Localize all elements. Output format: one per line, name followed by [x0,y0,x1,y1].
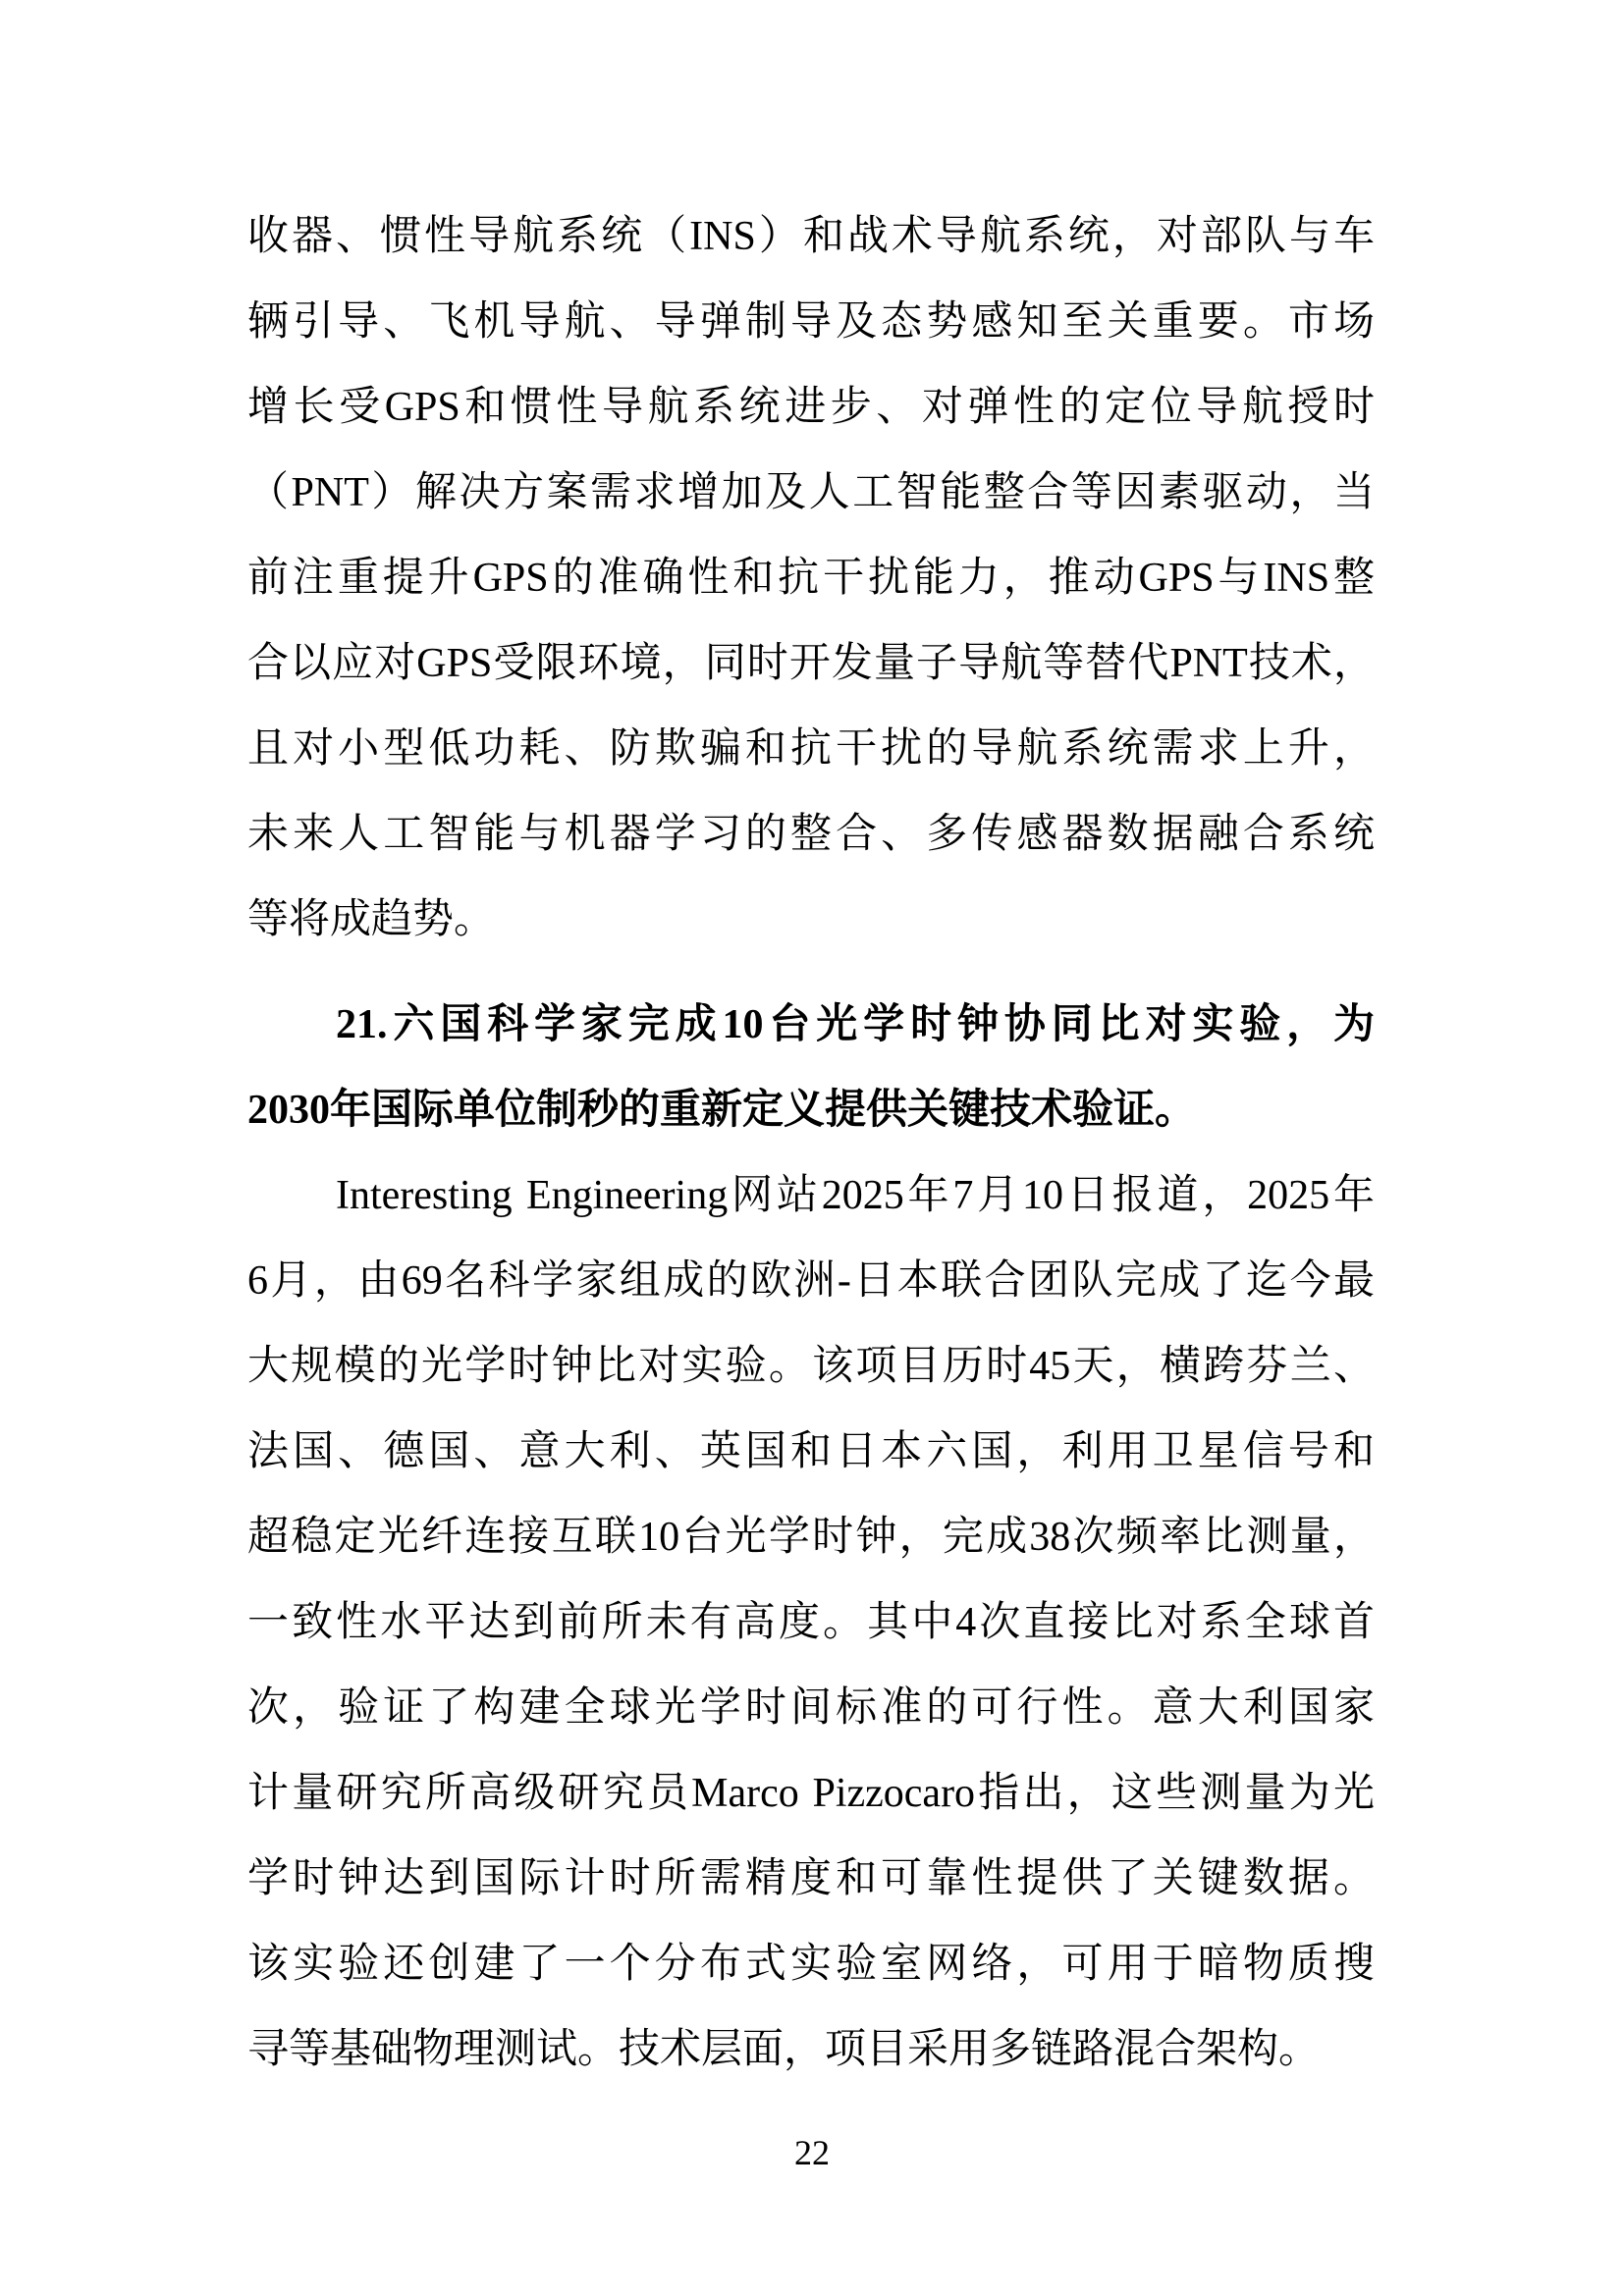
text-line: 6月，由69名科学家组成的欧洲-日本联合团队完成了迄今最 [247,1239,1375,1324]
text-line: 合以应对GPS受限环境，同时开发量子导航等替代PNT技术， [247,621,1375,707]
text-line: 寻等基础物理测试。技术层面，项目采用多链路混合架构。 [247,2007,1375,2093]
paragraph-optical-clocks: Interesting Engineering网站2025年7月10日报道，20… [247,1153,1375,2093]
text-line: 次，验证了构建全球光学时间标准的可行性。意大利国家 [247,1666,1375,1751]
paragraph-gps-navigation: 收器、惯性导航系统（INS）和战术导航系统，对部队与车 辆引导、飞机导航、导弹制… [247,194,1375,963]
section-heading-item-21: 21.六国科学家完成10台光学时钟协同比对实验，为 2030年国际单位制秒的重新… [247,983,1375,1153]
text-line: （PNT）解决方案需求增加及人工智能整合等因素驱动，当 [247,451,1375,536]
text-line: 超稳定光纤连接互联10台光学时钟，完成38次频率比测量， [247,1495,1375,1580]
text-line: Interesting Engineering网站2025年7月10日报道，20… [247,1153,1375,1239]
section-heading-line: 2030年国际单位制秒的重新定义提供关键技术验证。 [247,1068,1375,1153]
text-line: 未来人工智能与机器学习的整合、多传感器数据融合系统 [247,792,1375,878]
text-line: 学时钟达到国际计时所需精度和可靠性提供了关键数据。 [247,1837,1375,1922]
section-heading-line: 21.六国科学家完成10台光学时钟协同比对实验，为 [247,983,1375,1068]
text-line: 大规模的光学时钟比对实验。该项目历时45天，横跨芬兰、 [247,1324,1375,1410]
text-line: 一致性水平达到前所未有高度。其中4次直接比对系全球首 [247,1580,1375,1666]
text-line: 前注重提升GPS的准确性和抗干扰能力，推动GPS与INS整 [247,536,1375,621]
text-line: 等将成趋势。 [247,878,1375,963]
text-line: 该实验还创建了一个分布式实验室网络，可用于暗物质搜 [247,1922,1375,2007]
text-line: 且对小型低功耗、防欺骗和抗干扰的导航系统需求上升， [247,707,1375,792]
text-line: 收器、惯性导航系统（INS）和战术导航系统，对部队与车 [247,194,1375,280]
page-body-text: 收器、惯性导航系统（INS）和战术导航系统，对部队与车 辆引导、飞机导航、导弹制… [247,194,1375,2093]
document-page: 收器、惯性导航系统（INS）和战术导航系统，对部队与车 辆引导、飞机导航、导弹制… [0,0,1624,2296]
text-line: 法国、德国、意大利、英国和日本六国，利用卫星信号和 [247,1410,1375,1495]
page-number: 22 [0,2128,1624,2177]
text-line: 辆引导、飞机导航、导弹制导及态势感知至关重要。市场 [247,280,1375,365]
text-line: 计量研究所高级研究员Marco Pizzocaro指出，这些测量为光 [247,1751,1375,1837]
text-line: 增长受GPS和惯性导航系统进步、对弹性的定位导航授时 [247,365,1375,451]
